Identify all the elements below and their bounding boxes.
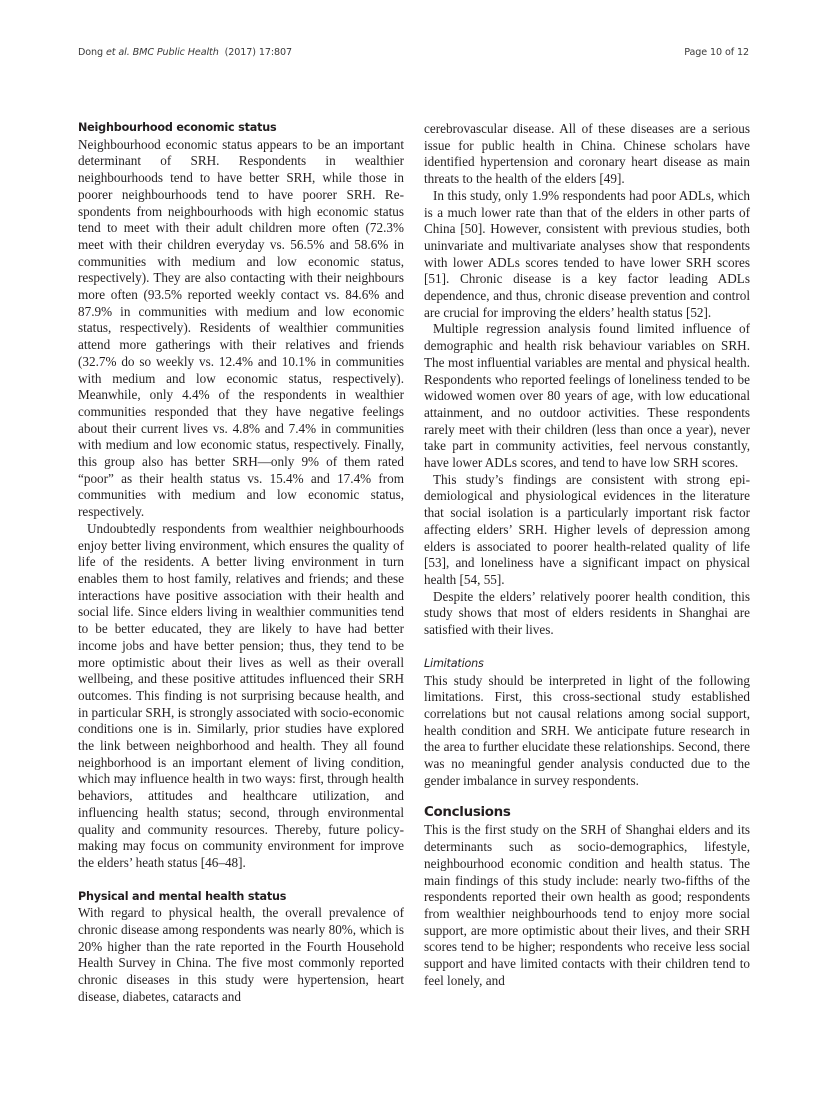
- running-header: Dong et al. BMC Public Health (2017) 17:…: [78, 47, 749, 58]
- right-column: cerebrovascular disease. All of these di…: [424, 121, 750, 989]
- paragraph: With regard to physical health, the over…: [78, 905, 404, 1005]
- paragraph: In this study, only 1.9% respondents had…: [424, 188, 750, 322]
- section-heading-health-status: Physical and mental health status: [78, 889, 404, 906]
- paragraph: Neighbourhood economic status appears to…: [78, 137, 404, 521]
- left-column: Neighbourhood economic status Neighbourh…: [78, 120, 404, 1006]
- paragraph: Despite the elders’ relatively poorer he…: [424, 589, 750, 639]
- page-number: Page 10 of 12: [684, 47, 749, 58]
- spacer: [78, 872, 404, 889]
- paragraph: This study should be interpreted in ligh…: [424, 673, 750, 790]
- section-heading-neighbourhood: Neighbourhood economic status: [78, 120, 404, 137]
- spacer: [424, 789, 750, 804]
- citation: Dong et al. BMC Public Health (2017) 17:…: [78, 47, 292, 58]
- paragraph: cerebrovascular disease. All of these di…: [424, 121, 750, 188]
- paragraph: Multiple regression analysis found limit…: [424, 321, 750, 471]
- spacer: [424, 639, 750, 656]
- section-heading-limitations: Limitations: [424, 656, 750, 673]
- paragraph: Undoubtedly respondents from wealthier n…: [78, 521, 404, 872]
- paragraph: This study’s findings are consistent wit…: [424, 472, 750, 589]
- section-heading-conclusions: Conclusions: [424, 804, 750, 822]
- paragraph: This is the first study on the SRH of Sh…: [424, 822, 750, 989]
